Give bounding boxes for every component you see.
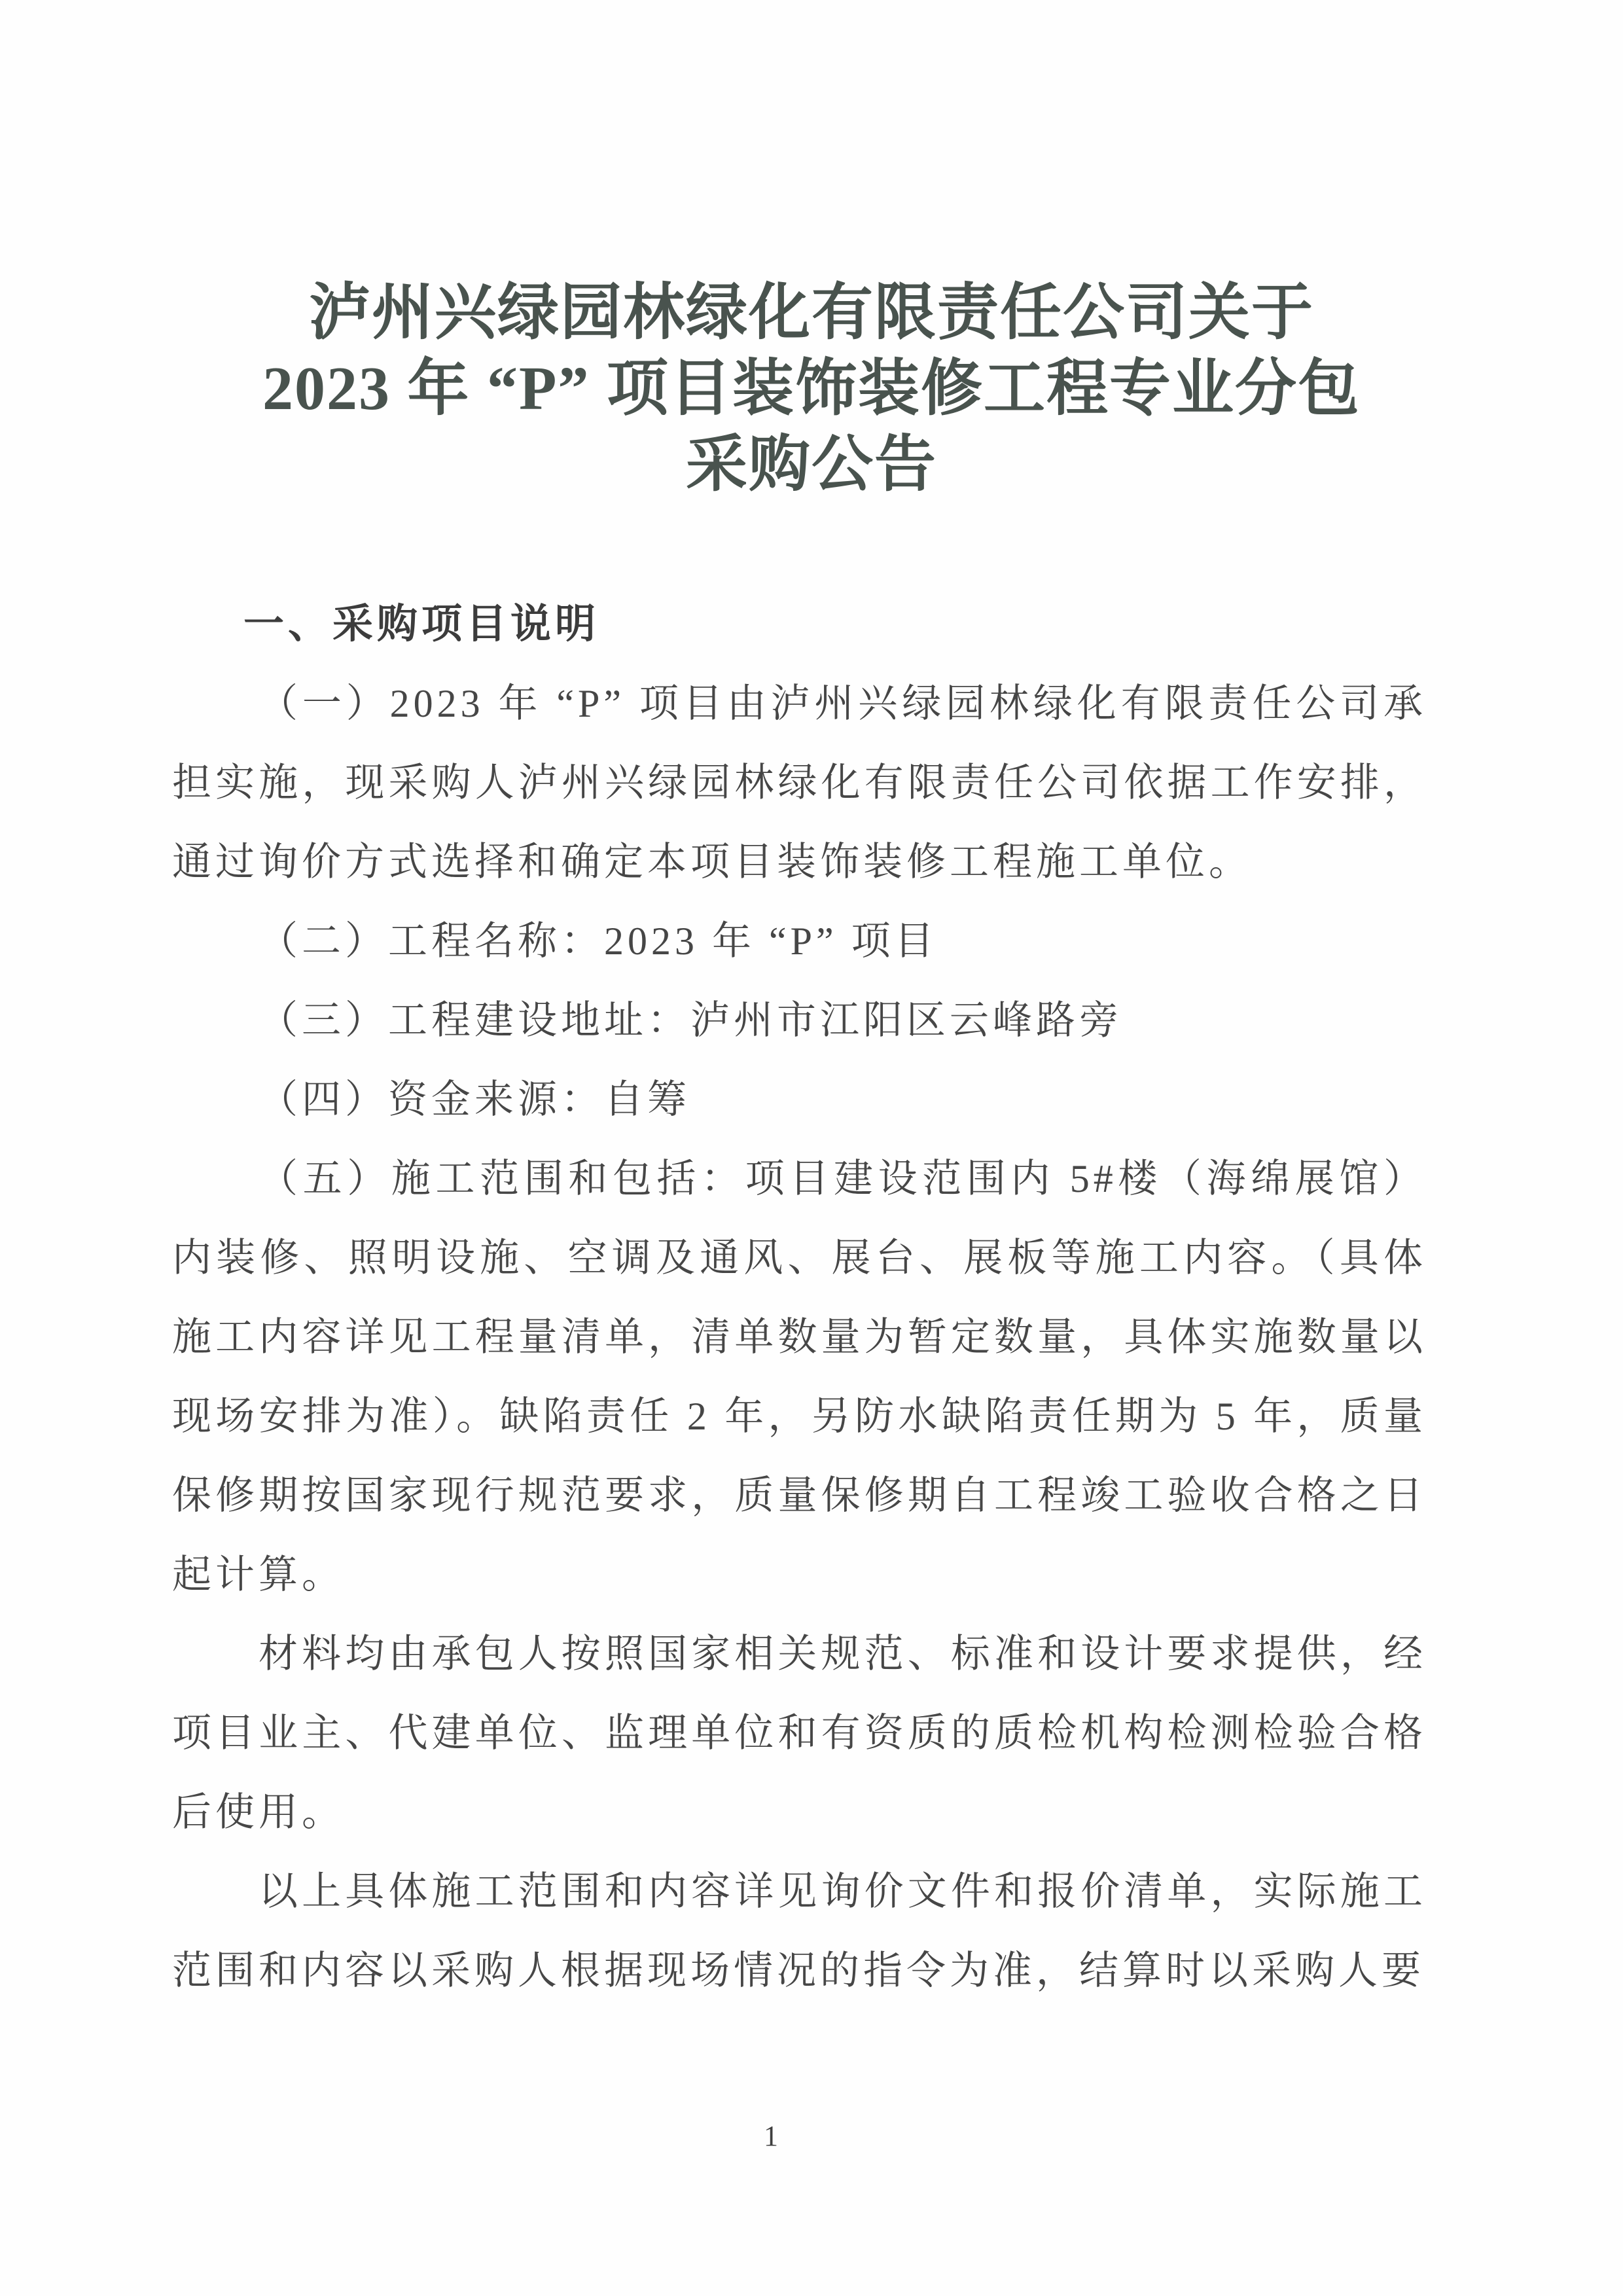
page-number: 1 xyxy=(0,2119,1582,2153)
document-body: 一、采购项目说明 （一）2023 年 “P” 项目由泸州兴绿园林绿化有限责任公司… xyxy=(172,601,1427,2011)
paragraph-item-3: （三）工程建设地址：泸州市江阳区云峰路旁 xyxy=(172,981,1427,1060)
section-heading: 一、采购项目说明 xyxy=(172,601,1427,648)
title-line-2: 2023 年 “P” 项目装饰装修工程专业分包 xyxy=(0,351,1623,427)
paragraph-item-4: （四）资金来源：自筹 xyxy=(172,1060,1427,1139)
paragraph-item-5: （五）施工范围和包括：项目建设范围内 5#楼（海绵展馆）内装修、照明设施、空调及… xyxy=(172,1139,1427,1615)
document-title: 泸州兴绿园林绿化有限责任公司关于 2023 年 “P” 项目装饰装修工程专业分包… xyxy=(0,0,1623,503)
paragraph-item-2: （二）工程名称：2023 年 “P” 项目 xyxy=(172,902,1427,981)
title-line-3: 采购公告 xyxy=(0,427,1623,503)
paragraph-item-1: （一）2023 年 “P” 项目由泸州兴绿园林绿化有限责任公司承担实施，现采购人… xyxy=(172,664,1427,902)
scanned-document-page: 泸州兴绿园林绿化有限责任公司关于 2023 年 “P” 项目装饰装修工程专业分包… xyxy=(0,0,1623,2296)
title-line-1: 泸州兴绿园林绿化有限责任公司关于 xyxy=(0,275,1623,351)
paragraph-item-6: 材料均由承包人按照国家相关规范、标准和设计要求提供，经项目业主、代建单位、监理单… xyxy=(172,1615,1427,1852)
paragraph-item-7: 以上具体施工范围和内容详见询价文件和报价清单，实际施工范围和内容以采购人根据现场… xyxy=(172,1852,1427,2011)
